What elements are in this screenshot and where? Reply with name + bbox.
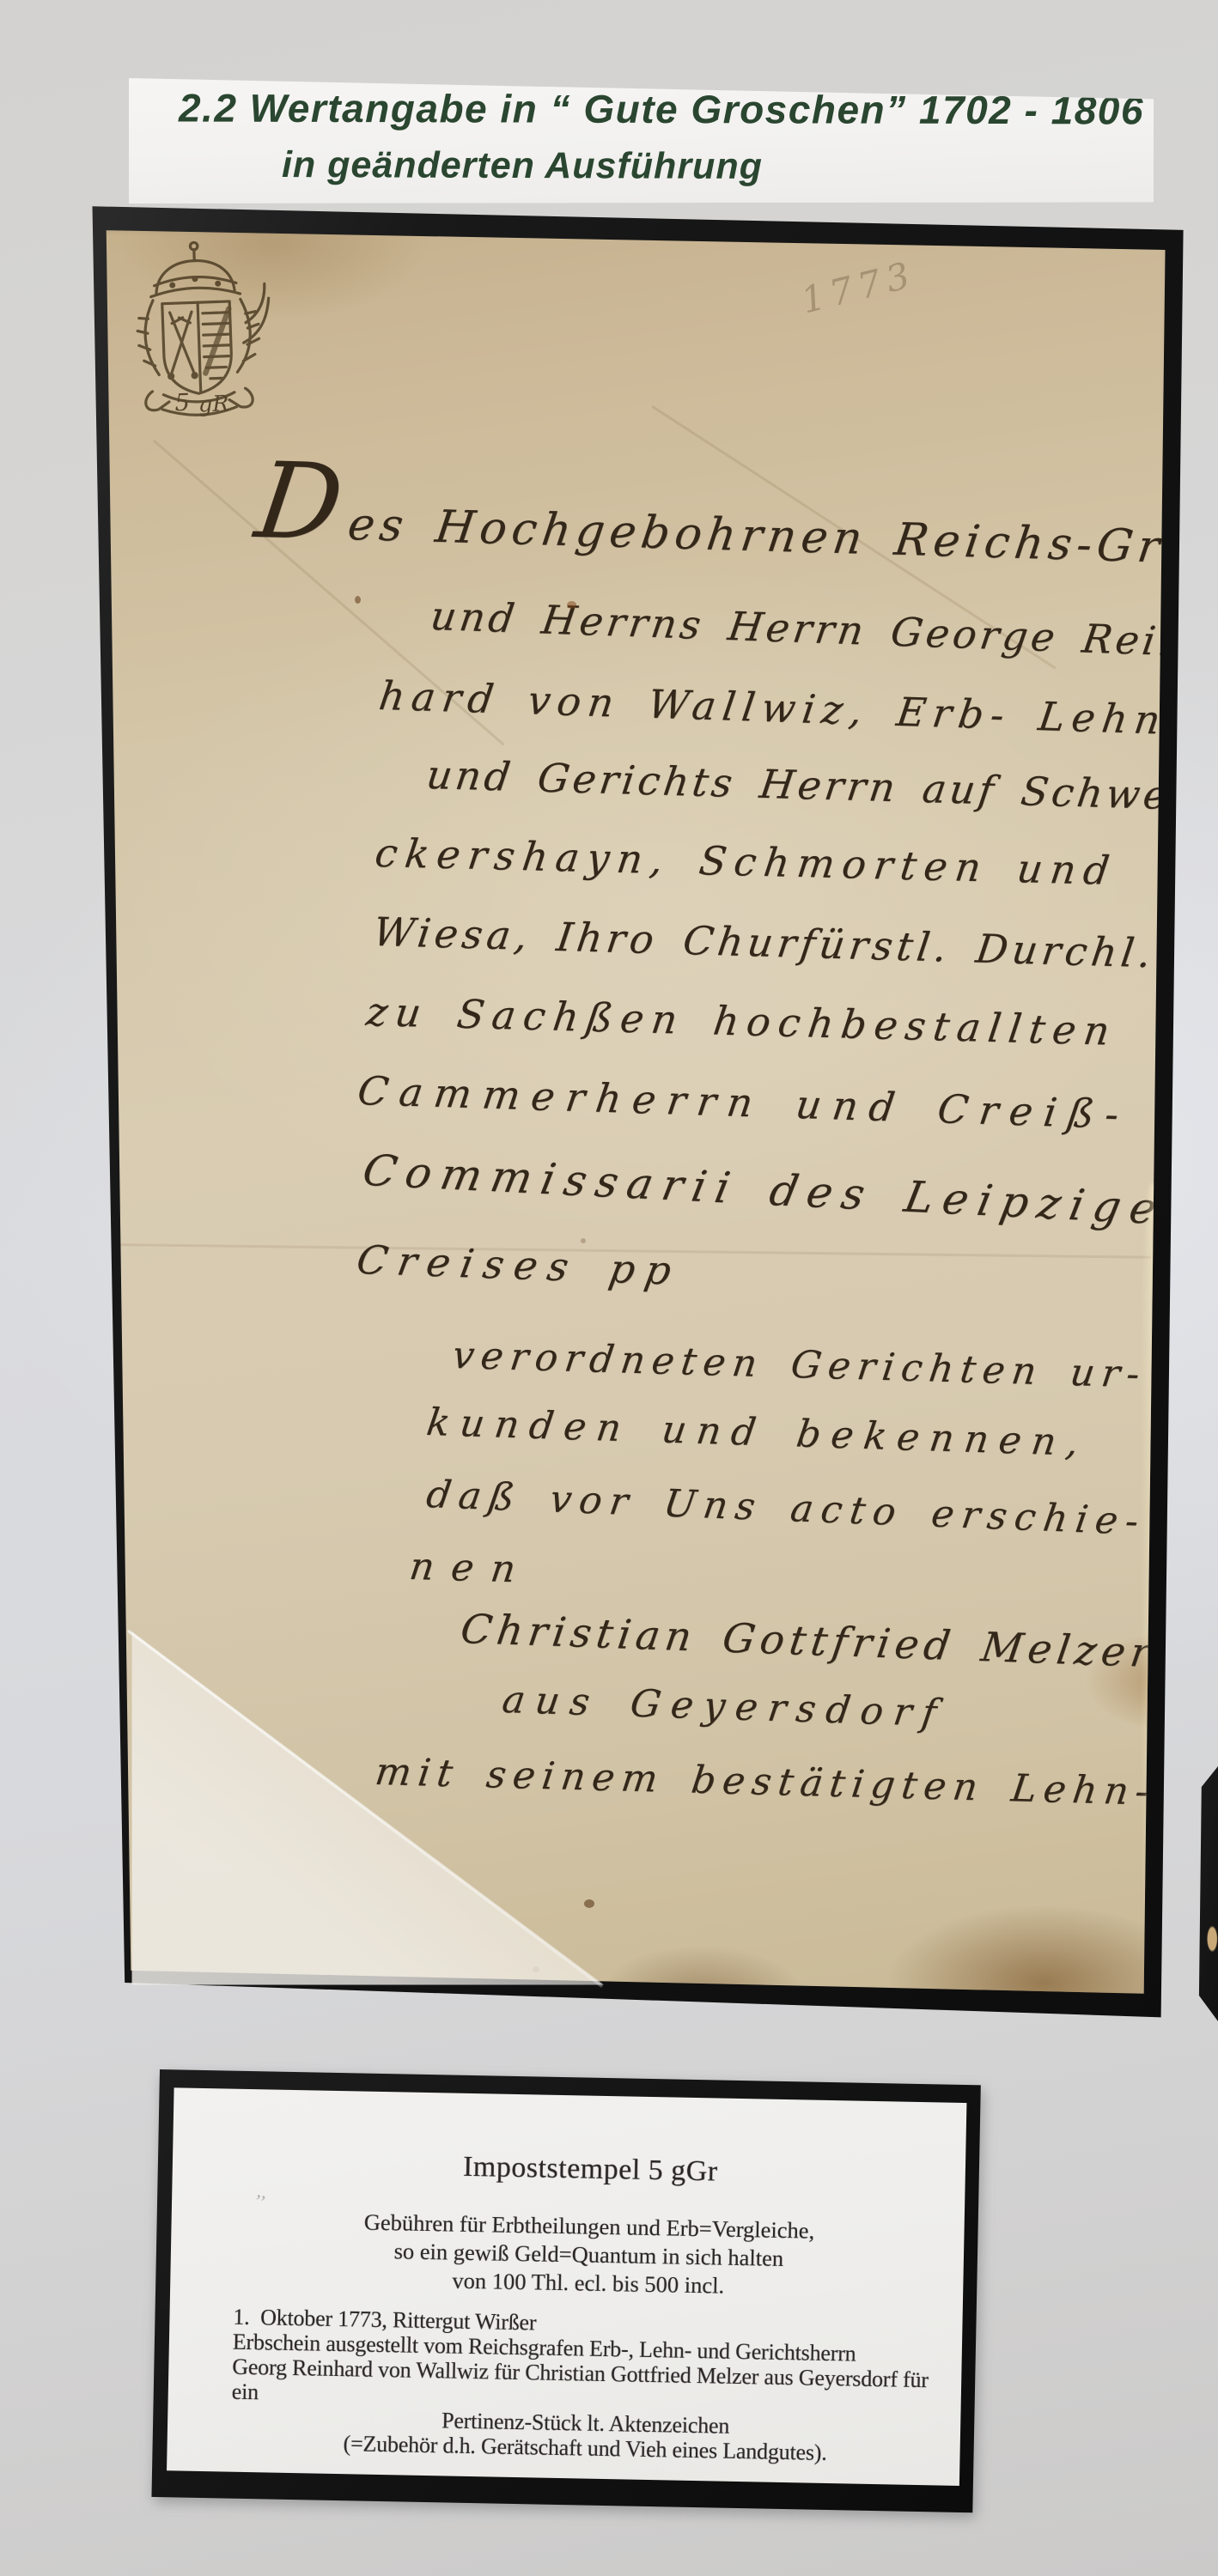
exhibit-title-line-1: 2.2 Wertangabe in “ Gute Groschen” 1702 … — [179, 85, 1144, 134]
exhibit-title-label: 2.2 Wertangabe in “ Gute Groschen” 1702 … — [129, 76, 1154, 206]
caption-intro: Gebühren für Erbtheilungen und Erb=Vergl… — [170, 2204, 965, 2305]
stamp-monogram-text: gR — [198, 390, 229, 416]
handwriting-line: und Gerichts Herrn auf Schwei- — [424, 755, 1206, 816]
caption-card-mount: ’’ Impoststempel 5 gGr Gebühren für Erbt… — [151, 2069, 980, 2512]
ink-speck — [584, 1899, 594, 1908]
handwriting-line: hard von Wallwiz, Erb- Lehn- — [377, 676, 1190, 740]
handwriting-line: Cammerherrn und Creiß- — [356, 1071, 1133, 1134]
ink-speck — [355, 596, 361, 604]
exhibit-title-line-2: in geänderten Ausführung — [282, 143, 763, 188]
handwriting-line: und Herrns Herrn George Rein- — [429, 596, 1208, 662]
handwriting-line: nen — [407, 1548, 534, 1589]
handwriting-line: Creises pp — [354, 1240, 685, 1291]
ink-speck — [581, 1238, 586, 1243]
ink-speck — [567, 601, 576, 609]
revenue-stamp-icon: 5 gR — [115, 234, 277, 422]
handwriting-line: Christian Gottfried Melzer — [458, 1609, 1157, 1674]
handwriting-line: daß vor Uns acto erschie- — [424, 1476, 1148, 1541]
handwriting-line: zu Sachßen hochbestallten — [364, 992, 1119, 1051]
handwriting-line: Commissarii des Leipziger — [360, 1149, 1199, 1232]
caption-card: ’’ Impoststempel 5 gGr Gebühren für Erbt… — [167, 2087, 966, 2486]
handwriting-line: mit seinem bestätigten Lehn- — [373, 1753, 1157, 1812]
handwriting-line: verordneten Gerichten ur- — [450, 1337, 1148, 1394]
handwriting-line: Wiesa, Ihro Churfürstl. Durchl. — [371, 912, 1158, 973]
handwriting-line: kunden und bekennen, — [424, 1404, 1091, 1462]
exhibit-page: 2.2 Wertangabe in “ Gute Groschen” 1702 … — [0, 0, 1218, 2576]
handwriting-line: ckershayn, Schmorten und — [373, 833, 1119, 890]
pencil-year-note: 1773 — [798, 256, 919, 319]
stamp-value-text: 5 — [174, 389, 191, 417]
caption-details: 1. Oktober 1773, Rittergut Wirßer Erbsch… — [167, 2303, 962, 2468]
caption-title: Impoststempel 5 gGr — [173, 2144, 966, 2194]
adjacent-exhibit-edge — [1197, 1764, 1218, 2021]
handwriting-line: Des Hochgebohrnen Reichs-Grafen — [252, 500, 1218, 573]
handwriting-line: aus Geyersdorf — [500, 1681, 949, 1733]
